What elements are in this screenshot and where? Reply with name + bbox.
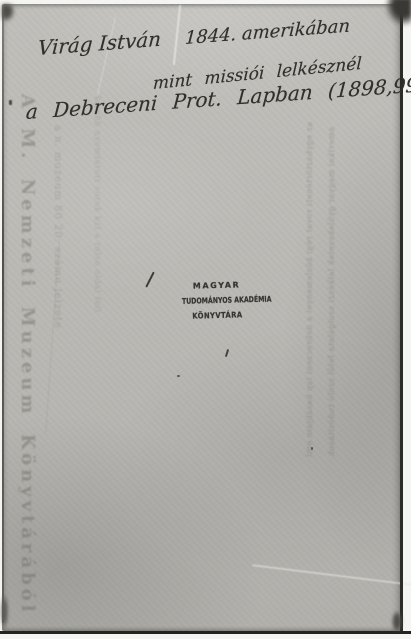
corner-shadow-top-left <box>2 4 15 22</box>
showthrough-museum-stamp: A M. Nemzeti Muzeum Könyvtárából <box>17 94 38 616</box>
ink-dot-mark <box>311 447 313 450</box>
ink-speck <box>9 100 12 105</box>
showthrough-column-left-a: a n. muzeum 80 20. számu jelzete <box>52 125 63 329</box>
showthrough-column-right-a: az egyháztörténeti rovat régi közleménye… <box>305 122 314 457</box>
ink-dot-mark <box>177 375 180 377</box>
scan-edge-bottom <box>0 631 411 634</box>
corner-shadow-bottom-left <box>1 595 8 628</box>
scan-edge-left <box>2 9 4 623</box>
showthrough-column-right-b: amerikai magyar gyülekezetek lelkészi sz… <box>327 127 336 457</box>
corner-shadow-bottom-right <box>392 611 402 632</box>
corner-shadow-top-right <box>386 0 411 25</box>
stamp-line-3: KÖNYVTÁRA <box>179 307 257 324</box>
scanned-page-photo: A M. Nemzeti Muzeum Könyvtárából a n. mu… <box>0 0 411 639</box>
showthrough-column-left-b: kisebb nyomtatott sorok kzl a tulsó olda… <box>93 96 102 313</box>
library-stamp: MAGYAR TUDOMÁNYOS AKADÉMIA KÖNYVTÁRA <box>171 277 262 324</box>
scan-edge-right <box>400 5 403 632</box>
